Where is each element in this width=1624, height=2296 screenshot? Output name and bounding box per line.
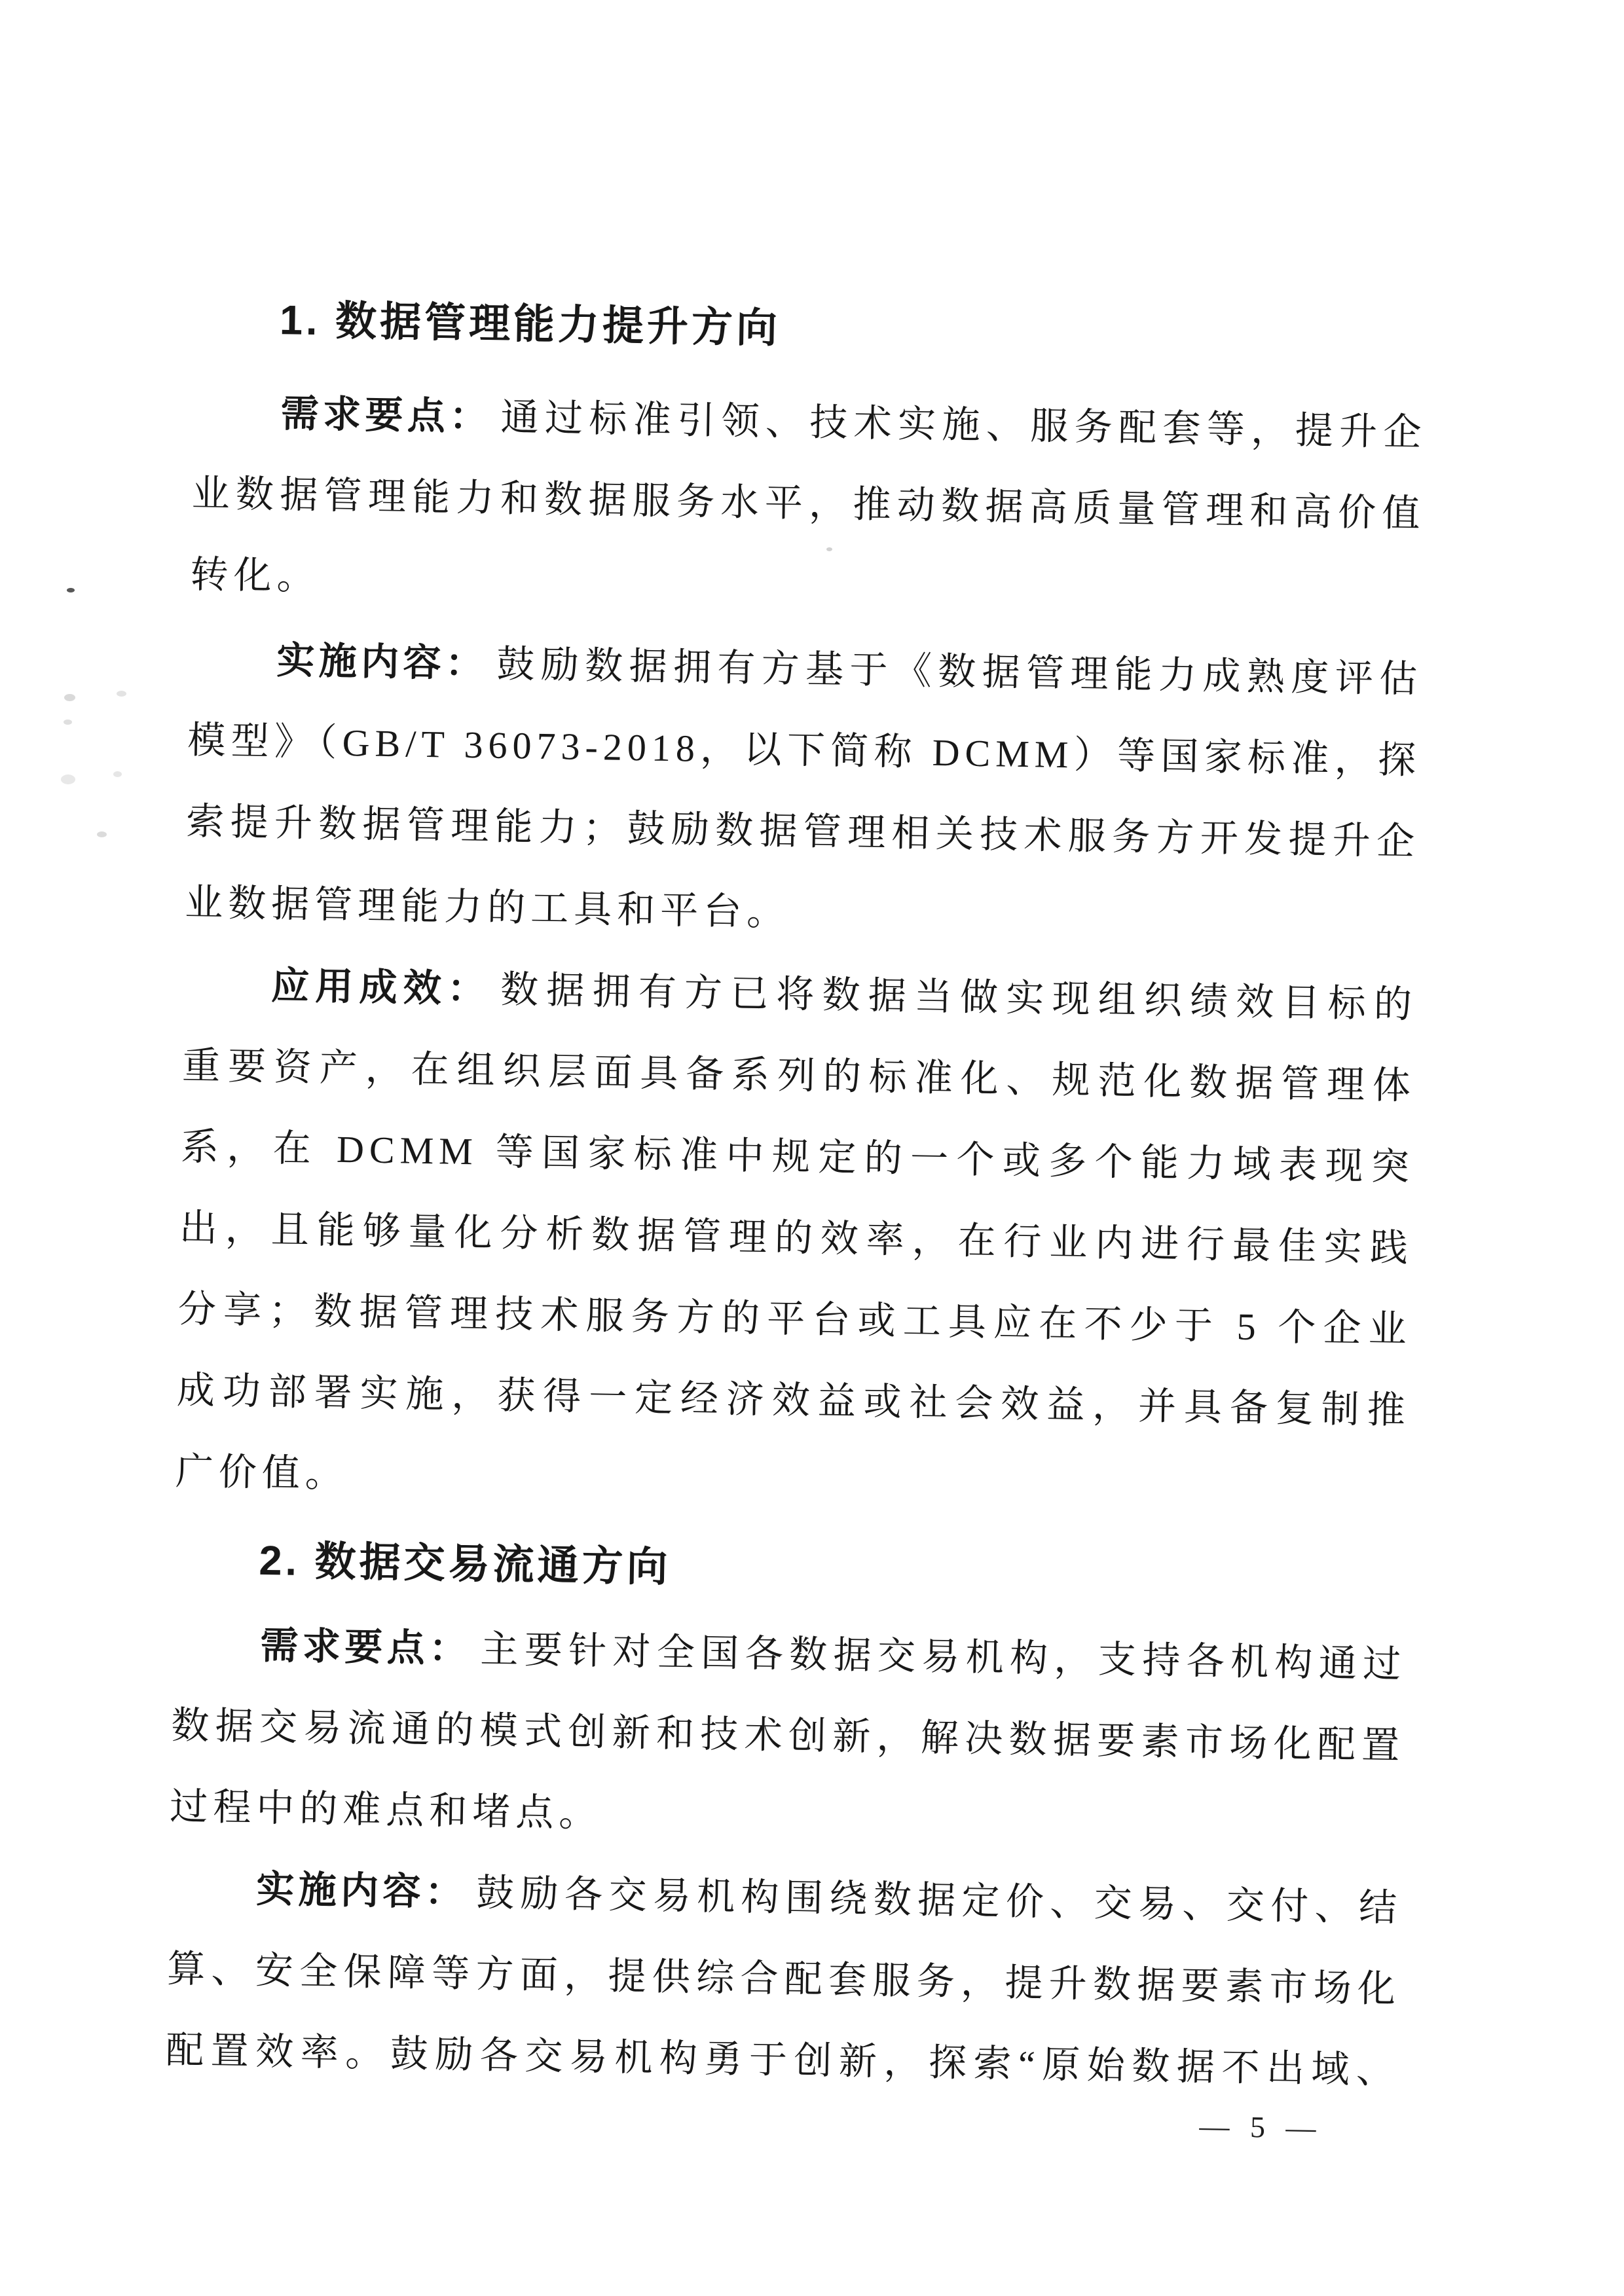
section-heading-2: 2. 数据交易流通方向 [174, 1522, 1409, 1617]
scan-speck [67, 588, 75, 592]
run-in-label: 需求要点： [280, 392, 492, 438]
run-in-label: 实施内容： [276, 639, 488, 685]
section-heading-1: 1. 数据管理能力提升方向 [194, 282, 1429, 376]
page-number: — 5 — [1199, 2107, 1323, 2148]
line-text: 鼓励数据拥有方基于《数据管理能力成熟度评估 [496, 643, 1423, 701]
line-text: 通过标准引领、技术实施、服务配套等，提升企 [500, 396, 1427, 454]
scan-speck [97, 831, 107, 837]
scan-speck [64, 694, 75, 701]
line-text: 主要针对全国各数据交易机构，支持各机构通过 [480, 1628, 1407, 1686]
scan-speck [117, 691, 126, 697]
scanned-page: 1. 数据管理能力提升方向 需求要点：通过标准引领、技术实施、服务配套等，提升企… [0, 0, 1624, 2296]
run-in-label: 需求要点： [260, 1624, 471, 1670]
document-body: 1. 数据管理能力提升方向 需求要点：通过标准引领、技术实施、服务配套等，提升企… [164, 282, 1429, 2200]
scan-speck [113, 771, 122, 777]
scan-speck [64, 720, 72, 725]
line-text: 鼓励各交易机构围绕数据定价、交易、交付、结 [476, 1871, 1403, 1929]
scan-speck [61, 774, 75, 784]
line-text: 数据拥有方已将数据当做实现组织绩效目标的 [500, 968, 1418, 1026]
scan-speck [826, 547, 832, 551]
run-in-label: 实施内容： [256, 1868, 468, 1914]
run-in-label: 应用成效： [271, 964, 492, 1011]
